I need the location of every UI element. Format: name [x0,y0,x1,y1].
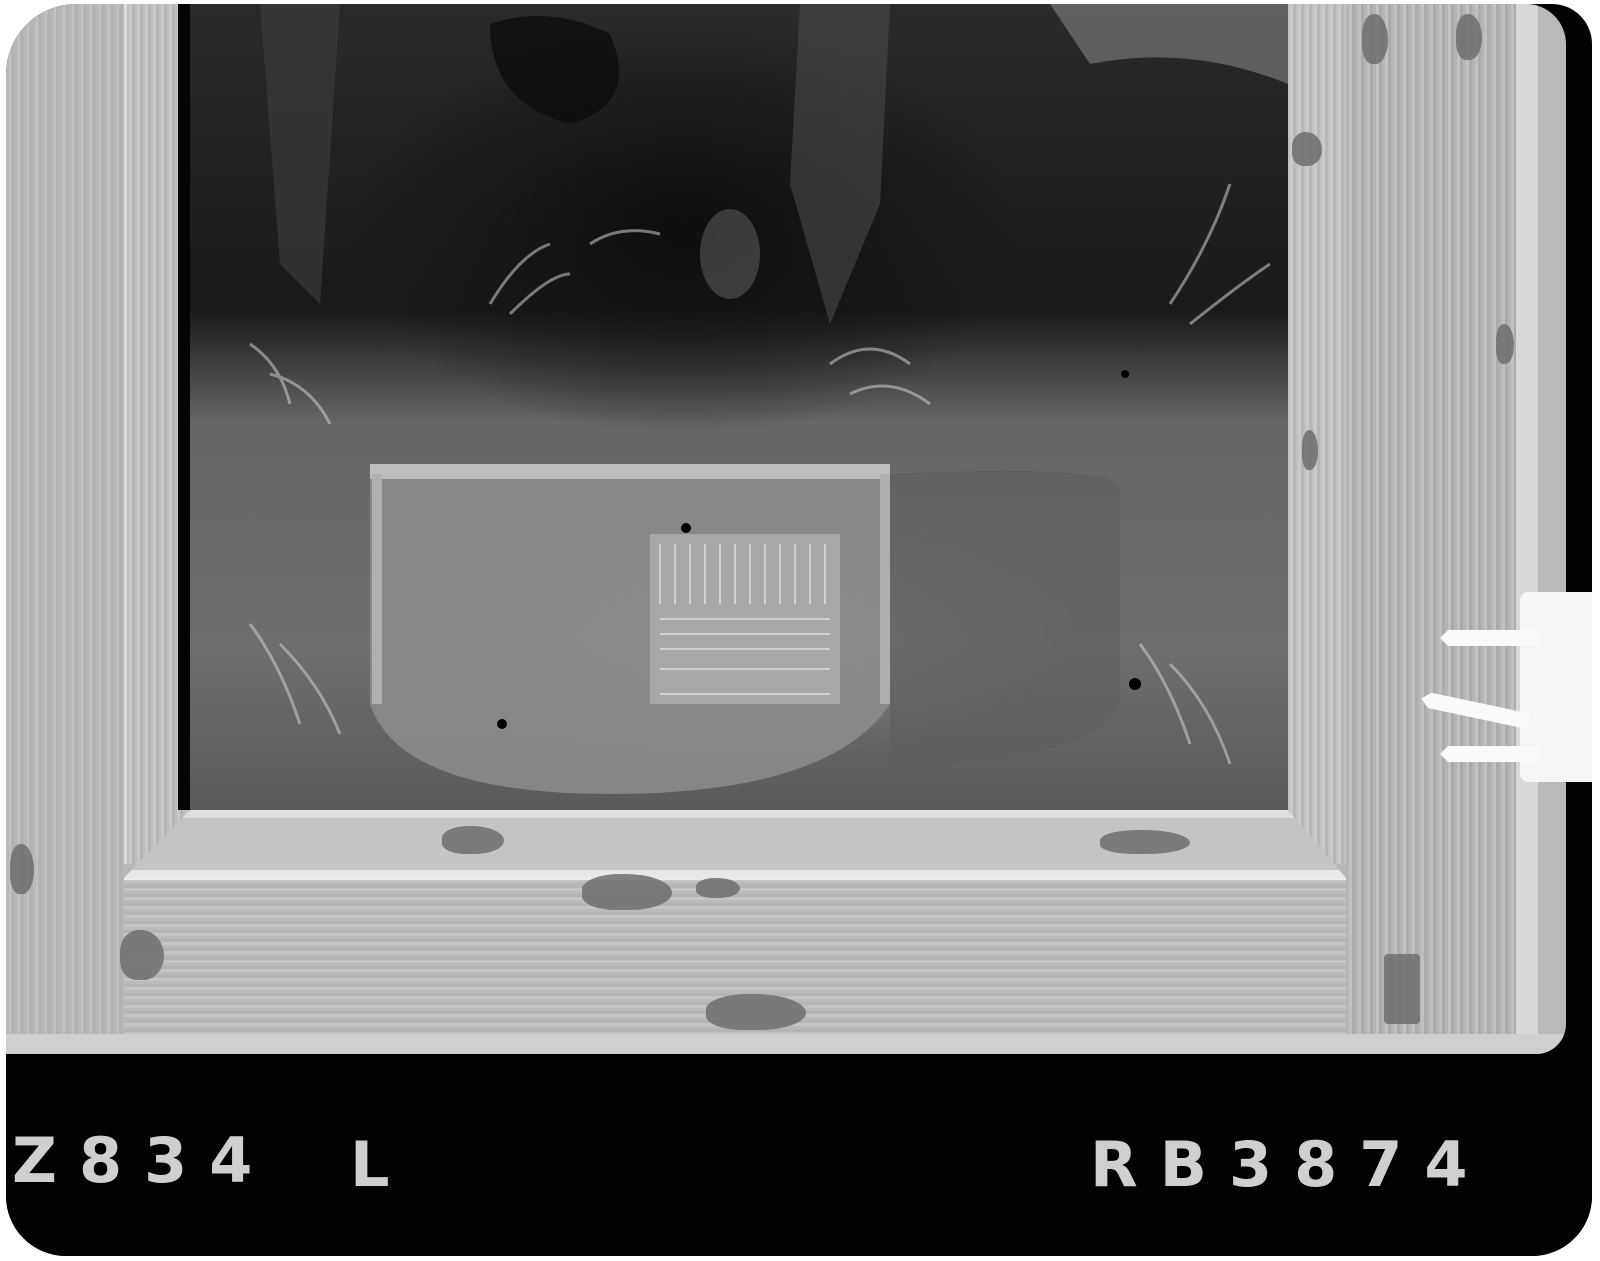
frame-stain [120,930,164,980]
film-orientation-letter: L [350,1134,412,1196]
painted-panel [190,4,1288,810]
frame-bottom-edge [6,1034,1566,1054]
frame-right-edge [1516,4,1538,1044]
frame-stain [706,994,806,1030]
frame-stain [1100,830,1190,854]
frame-stain [442,826,504,854]
film-id-left: Z834 [12,1130,274,1192]
frame-stain [1292,132,1322,166]
frame-stain [1496,324,1514,364]
frame-right-stile [1346,4,1536,1044]
painting-detail [190,4,1288,810]
exposed-area [6,4,1566,1054]
film-id-right: RB3874 [1090,1134,1490,1196]
frame-left-stile [6,4,124,1054]
frame-stain [696,878,740,898]
film-clip-tooth [1440,630,1540,646]
frame-stain [1302,430,1318,470]
frame-stain [582,874,672,910]
frame-stain [10,844,34,894]
frame-stain [1384,954,1420,1024]
frame-stain [1456,14,1482,60]
frame-stain [1362,14,1388,64]
frame-right-molding [1288,4,1349,864]
radiograph-film [6,4,1592,1256]
film-clip-tooth [1440,746,1540,762]
vase-shape [370,464,1120,794]
